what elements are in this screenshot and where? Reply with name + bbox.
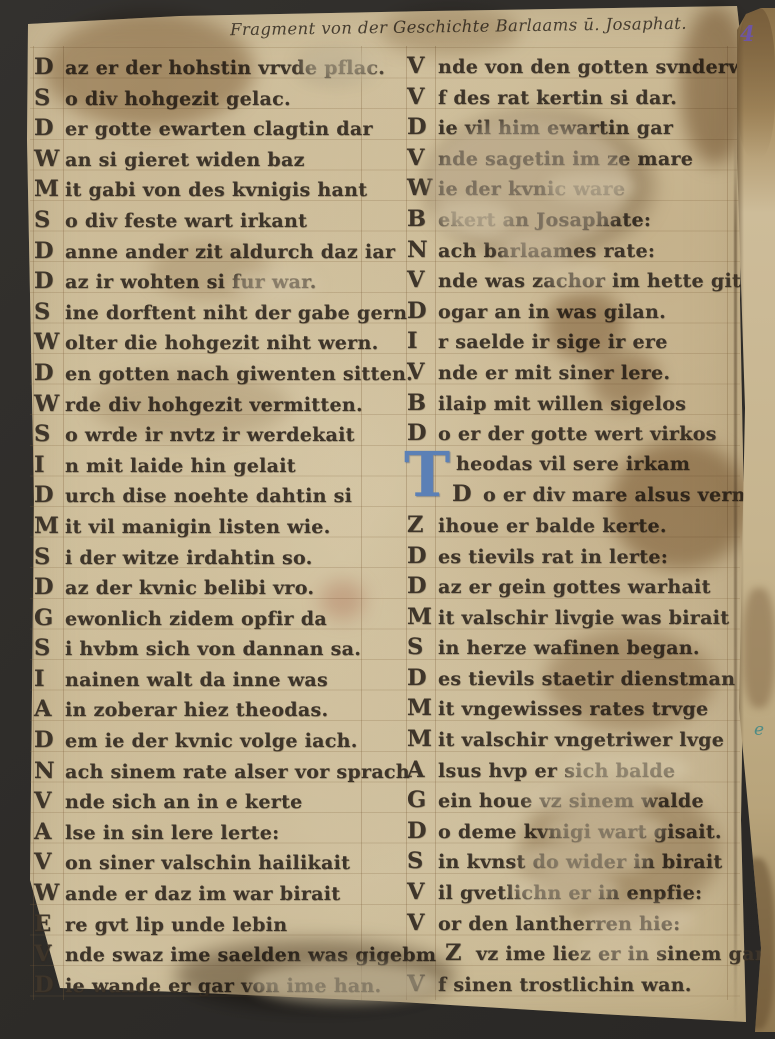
line-initial: D — [407, 816, 438, 847]
line-initial: N — [407, 235, 438, 266]
ink-fade — [545, 262, 610, 292]
text-column-left: Daz er der hohstin vrvde pflac.So div ho… — [34, 52, 436, 1000]
line-initial: S — [34, 633, 65, 664]
line-initial: W — [34, 389, 65, 420]
line-initial: E — [34, 909, 65, 940]
verse-text: re gvt lip unde lebin — [65, 914, 287, 936]
line-initial: G — [34, 603, 65, 634]
line-initial: D — [34, 236, 65, 267]
line-initial: V — [34, 847, 65, 878]
verse-text: on siner valschin hailikait — [65, 852, 350, 874]
line-initial: W — [34, 144, 65, 175]
verse-text: it valschir vngetriwer lvge — [438, 729, 724, 751]
verse-line: Wan si gieret widen baz — [34, 144, 436, 175]
line-initial: A — [34, 694, 65, 725]
line-initial: V — [407, 265, 438, 296]
verse-text: n mit laide hin gelait — [65, 455, 296, 477]
verse-text: in zoberar hiez theodas. — [65, 699, 328, 721]
verse-line: Wande er daz im war birait — [34, 878, 436, 909]
verse-text: nainen walt da inne was — [65, 669, 328, 691]
verse-line: Alse in sin lere lerte: — [34, 817, 436, 848]
ink-fade — [545, 812, 665, 846]
verse-line: Wolter die hohgezit niht wern. — [34, 327, 436, 358]
stain — [380, 6, 520, 56]
verse-line: Si hvbm sich von dannan sa. — [34, 633, 436, 664]
stain — [90, 370, 290, 440]
ink-fade — [525, 782, 655, 816]
verse-text: it vil manigin listen wie. — [65, 516, 331, 538]
verse-text: i hvbm sich von dannan sa. — [65, 638, 361, 660]
verse-line: Si der witze irdahtin so. — [34, 542, 436, 573]
ink-fade — [300, 48, 380, 82]
verse-line: Mit valschir vngetriwer lvge — [407, 724, 775, 755]
stain — [44, 12, 254, 127]
verse-line: So div feste wart irkant — [34, 205, 436, 236]
line-initial: V — [407, 357, 438, 388]
verse-line: Ere gvt lip unde lebin — [34, 909, 436, 940]
verse-line: Durch dise noehte dahtin si — [34, 480, 436, 511]
line-initial: I — [34, 450, 65, 481]
verse-text: olter die hohgezit niht wern. — [65, 332, 378, 354]
verse-text: ach sinem rate alser vor sprach — [65, 761, 410, 783]
stain — [545, 290, 625, 360]
ink-fade — [510, 872, 620, 906]
page-crease — [734, 140, 737, 1020]
line-initial: D — [34, 113, 65, 144]
line-initial: D — [407, 541, 438, 572]
verse-line: Inainen walt da inne was — [34, 664, 436, 695]
verse-text: an si gieret widen baz — [65, 149, 305, 171]
line-initial: M — [34, 511, 65, 542]
verse-line: Von siner valschin hailikait — [34, 847, 436, 878]
verse-line: Daz er gein gottes warhait — [407, 571, 775, 602]
line-initial: D — [34, 970, 65, 1001]
stain — [610, 440, 750, 570]
line-initial: V — [34, 939, 65, 970]
line-initial: D — [34, 266, 65, 297]
margin-letter-mark: e — [754, 720, 764, 740]
verse-text: nde sich an in e kerte — [65, 791, 303, 813]
line-initial: D — [34, 358, 65, 389]
ink-fade — [230, 268, 320, 300]
verse-text: i der witze irdahtin so. — [65, 547, 313, 569]
verse-line: Vf sinen trostlichin wan. — [407, 969, 775, 1000]
stain — [590, 350, 660, 410]
verse-line: Ain zoberar hiez theodas. — [34, 694, 436, 725]
verse-text: it valschir livgie was birait — [438, 607, 729, 629]
line-initial: D — [34, 725, 65, 756]
verse-text: ine dorftent niht der gabe gern — [65, 302, 407, 324]
line-initial: Z — [445, 938, 476, 969]
verse-line: Nach sinem rate alser vor sprach — [34, 756, 436, 787]
ink-fade — [250, 962, 440, 1004]
line-initial: D — [407, 296, 438, 327]
line-initial: M — [407, 602, 438, 633]
line-initial: M — [34, 174, 65, 205]
verse-text: it gabi von des kvnigis hant — [65, 179, 367, 201]
line-initial: Z — [407, 510, 438, 541]
verse-line: Daz der kvnic belibi vro. — [34, 572, 436, 603]
line-initial: D — [407, 663, 438, 694]
line-initial: I — [34, 664, 65, 695]
line-initial: N — [34, 756, 65, 787]
line-initial: A — [407, 755, 438, 786]
verse-text: ande er daz im war birait — [65, 883, 340, 905]
verse-line: In mit laide hin gelait — [34, 450, 436, 481]
line-initial: S — [407, 632, 438, 663]
verse-line: Mit vil manigin listen wie. — [34, 511, 436, 542]
line-initial: V — [407, 82, 438, 113]
verse-line: Sine dorftent niht der gabe gern — [34, 297, 436, 328]
verse-line: Dem ie der kvnic volge iach. — [34, 725, 436, 756]
line-initial: D — [407, 571, 438, 602]
line-initial: W — [34, 327, 65, 358]
line-initial: A — [34, 817, 65, 848]
verse-text: f des rat kertin si dar. — [438, 87, 677, 109]
manuscript-photo: Fragment von der Geschichte Barlaams ū. … — [0, 0, 775, 1039]
verse-text: urch dise noehte dahtin si — [65, 485, 352, 507]
line-initial: B — [407, 388, 438, 419]
verse-text: f sinen trostlichin wan. — [438, 974, 692, 996]
line-initial: V — [407, 51, 438, 82]
verse-line: Do er der gotte wert virkos — [407, 418, 775, 449]
line-initial: D — [34, 572, 65, 603]
line-initial: S — [34, 205, 65, 236]
line-initial: M — [407, 693, 438, 724]
verse-line: Mit gabi von des kvnigis hant — [34, 174, 436, 205]
verse-text: az der kvnic belibi vro. — [65, 577, 314, 599]
line-initial: V — [407, 877, 438, 908]
line-initial: V — [34, 786, 65, 817]
verse-line: Vnde sich an in e kerte — [34, 786, 436, 817]
line-initial: S — [34, 419, 65, 450]
ink-fade — [560, 752, 690, 786]
line-initial: S — [407, 846, 438, 877]
line-initial: D — [34, 480, 65, 511]
folio-number: 4 — [740, 21, 755, 46]
line-initial: D — [407, 112, 438, 143]
verse-line: Bilaip mit willen sigelos — [407, 388, 775, 419]
ink-fade — [520, 842, 650, 876]
line-initial: D — [452, 479, 483, 510]
ink-fade — [432, 200, 512, 236]
verse-text: o div feste wart irkant — [65, 210, 307, 232]
line-initial: S — [34, 542, 65, 573]
verse-text: em ie der kvnic volge iach. — [65, 730, 358, 752]
line-initial: V — [407, 908, 438, 939]
ink-fade — [545, 172, 635, 202]
ink-fade — [575, 932, 665, 966]
verse-line: Gewonlich zidem opfir da — [34, 603, 436, 634]
verse-text: ewonlich zidem opfir da — [65, 608, 327, 630]
ink-fade — [585, 902, 695, 936]
line-initial: I — [407, 326, 438, 357]
line-initial: W — [34, 878, 65, 909]
stain — [320, 580, 365, 620]
verse-text: lse in sin lere lerte: — [65, 822, 279, 844]
verse-line: Mit valschir livgie was birait — [407, 602, 775, 633]
edge-damage — [743, 588, 775, 708]
line-initial: S — [34, 297, 65, 328]
stain — [545, 630, 715, 730]
verse-text: az er gein gottes warhait — [438, 576, 711, 598]
line-initial: M — [407, 724, 438, 755]
line-initial: G — [407, 785, 438, 816]
